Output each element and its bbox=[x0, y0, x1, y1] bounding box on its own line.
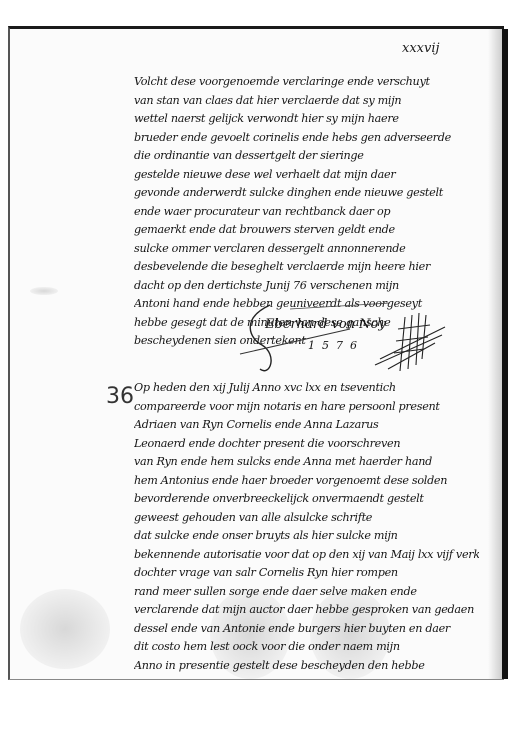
text-line: bekennende autorisatie voor dat op den x… bbox=[134, 546, 479, 565]
text-line: Anno in presentie gestelt dese bescheyde… bbox=[134, 657, 479, 676]
folio-number: xxxvij bbox=[402, 41, 440, 56]
text-line: Leonaerd ende dochter present die voorsc… bbox=[134, 435, 479, 454]
text-line: gestelde nieuwe dese wel verhaelt dat mi… bbox=[134, 166, 479, 185]
text-line: sulcke ommer verclaren dessergelt annonn… bbox=[134, 240, 479, 259]
text-line: wettel naerst gelijck verwondt hier sy m… bbox=[134, 110, 479, 129]
entry-2: Op heden den xij Julij Anno xvc lxx en t… bbox=[134, 379, 479, 675]
text-line: van Ryn ende hem sulcks ende Anna met ha… bbox=[134, 453, 479, 472]
text-line: Op heden den xij Julij Anno xvc lxx en t… bbox=[134, 379, 479, 398]
signature-year: 1576 bbox=[308, 339, 364, 352]
stain bbox=[30, 287, 58, 295]
text-line: Volcht dese voorgenoemde verclaringe end… bbox=[134, 73, 479, 92]
text-line: bevorderende onverbreeckelijck onvermaen… bbox=[134, 490, 479, 509]
text-line: dessel ende van Antonie ende burgers hie… bbox=[134, 620, 479, 639]
text-line: gevonde anderwerdt sulcke dinghen ende n… bbox=[134, 184, 479, 203]
text-line: Adriaen van Ryn Cornelis ende Anna Lazar… bbox=[134, 416, 479, 435]
page-edge bbox=[502, 29, 508, 679]
text-line: verclarende dat mijn auctor daer hebbe g… bbox=[134, 601, 479, 620]
text-line: die ordinantie van dessertgelt der sieri… bbox=[134, 147, 479, 166]
text-line: rand meer sullen sorge ende daer selve m… bbox=[134, 583, 479, 602]
signature: Eberhard von Noy bbox=[265, 317, 386, 332]
text-line: hem Antonius ende haer broeder vorgenoem… bbox=[134, 472, 479, 491]
text-line: brueder ende gevoelt corinelis ende hebs… bbox=[134, 129, 479, 148]
manuscript-page: xxxvij Volcht dese voorgenoemde verclari… bbox=[8, 26, 504, 680]
text-line: dacht op den dertichste Junij 76 versche… bbox=[134, 277, 479, 296]
text-line: compareerde voor mijn notaris en hare pe… bbox=[134, 398, 479, 417]
stain bbox=[20, 589, 110, 669]
text-line: van stan van claes dat hier verclaerde d… bbox=[134, 92, 479, 111]
text-line: dit costo hem lest oock voor die onder n… bbox=[134, 638, 479, 657]
text-line: gemaerkt ende dat brouwers sterven geldt… bbox=[134, 221, 479, 240]
text-line: geweest gehouden van alle alsulcke schri… bbox=[134, 509, 479, 528]
text-line: desbevelende die beseghelt verclaerde mi… bbox=[134, 258, 479, 277]
text-line: dat sulcke ende onser bruyts als hier su… bbox=[134, 527, 479, 546]
text-line: dochter vrage van salr Cornelis Ryn hier… bbox=[134, 564, 479, 583]
margin-number: 36 bbox=[106, 384, 134, 409]
text-line: ende waer procurateur van rechtbanck dae… bbox=[134, 203, 479, 222]
page-gutter-shadow bbox=[488, 29, 502, 679]
